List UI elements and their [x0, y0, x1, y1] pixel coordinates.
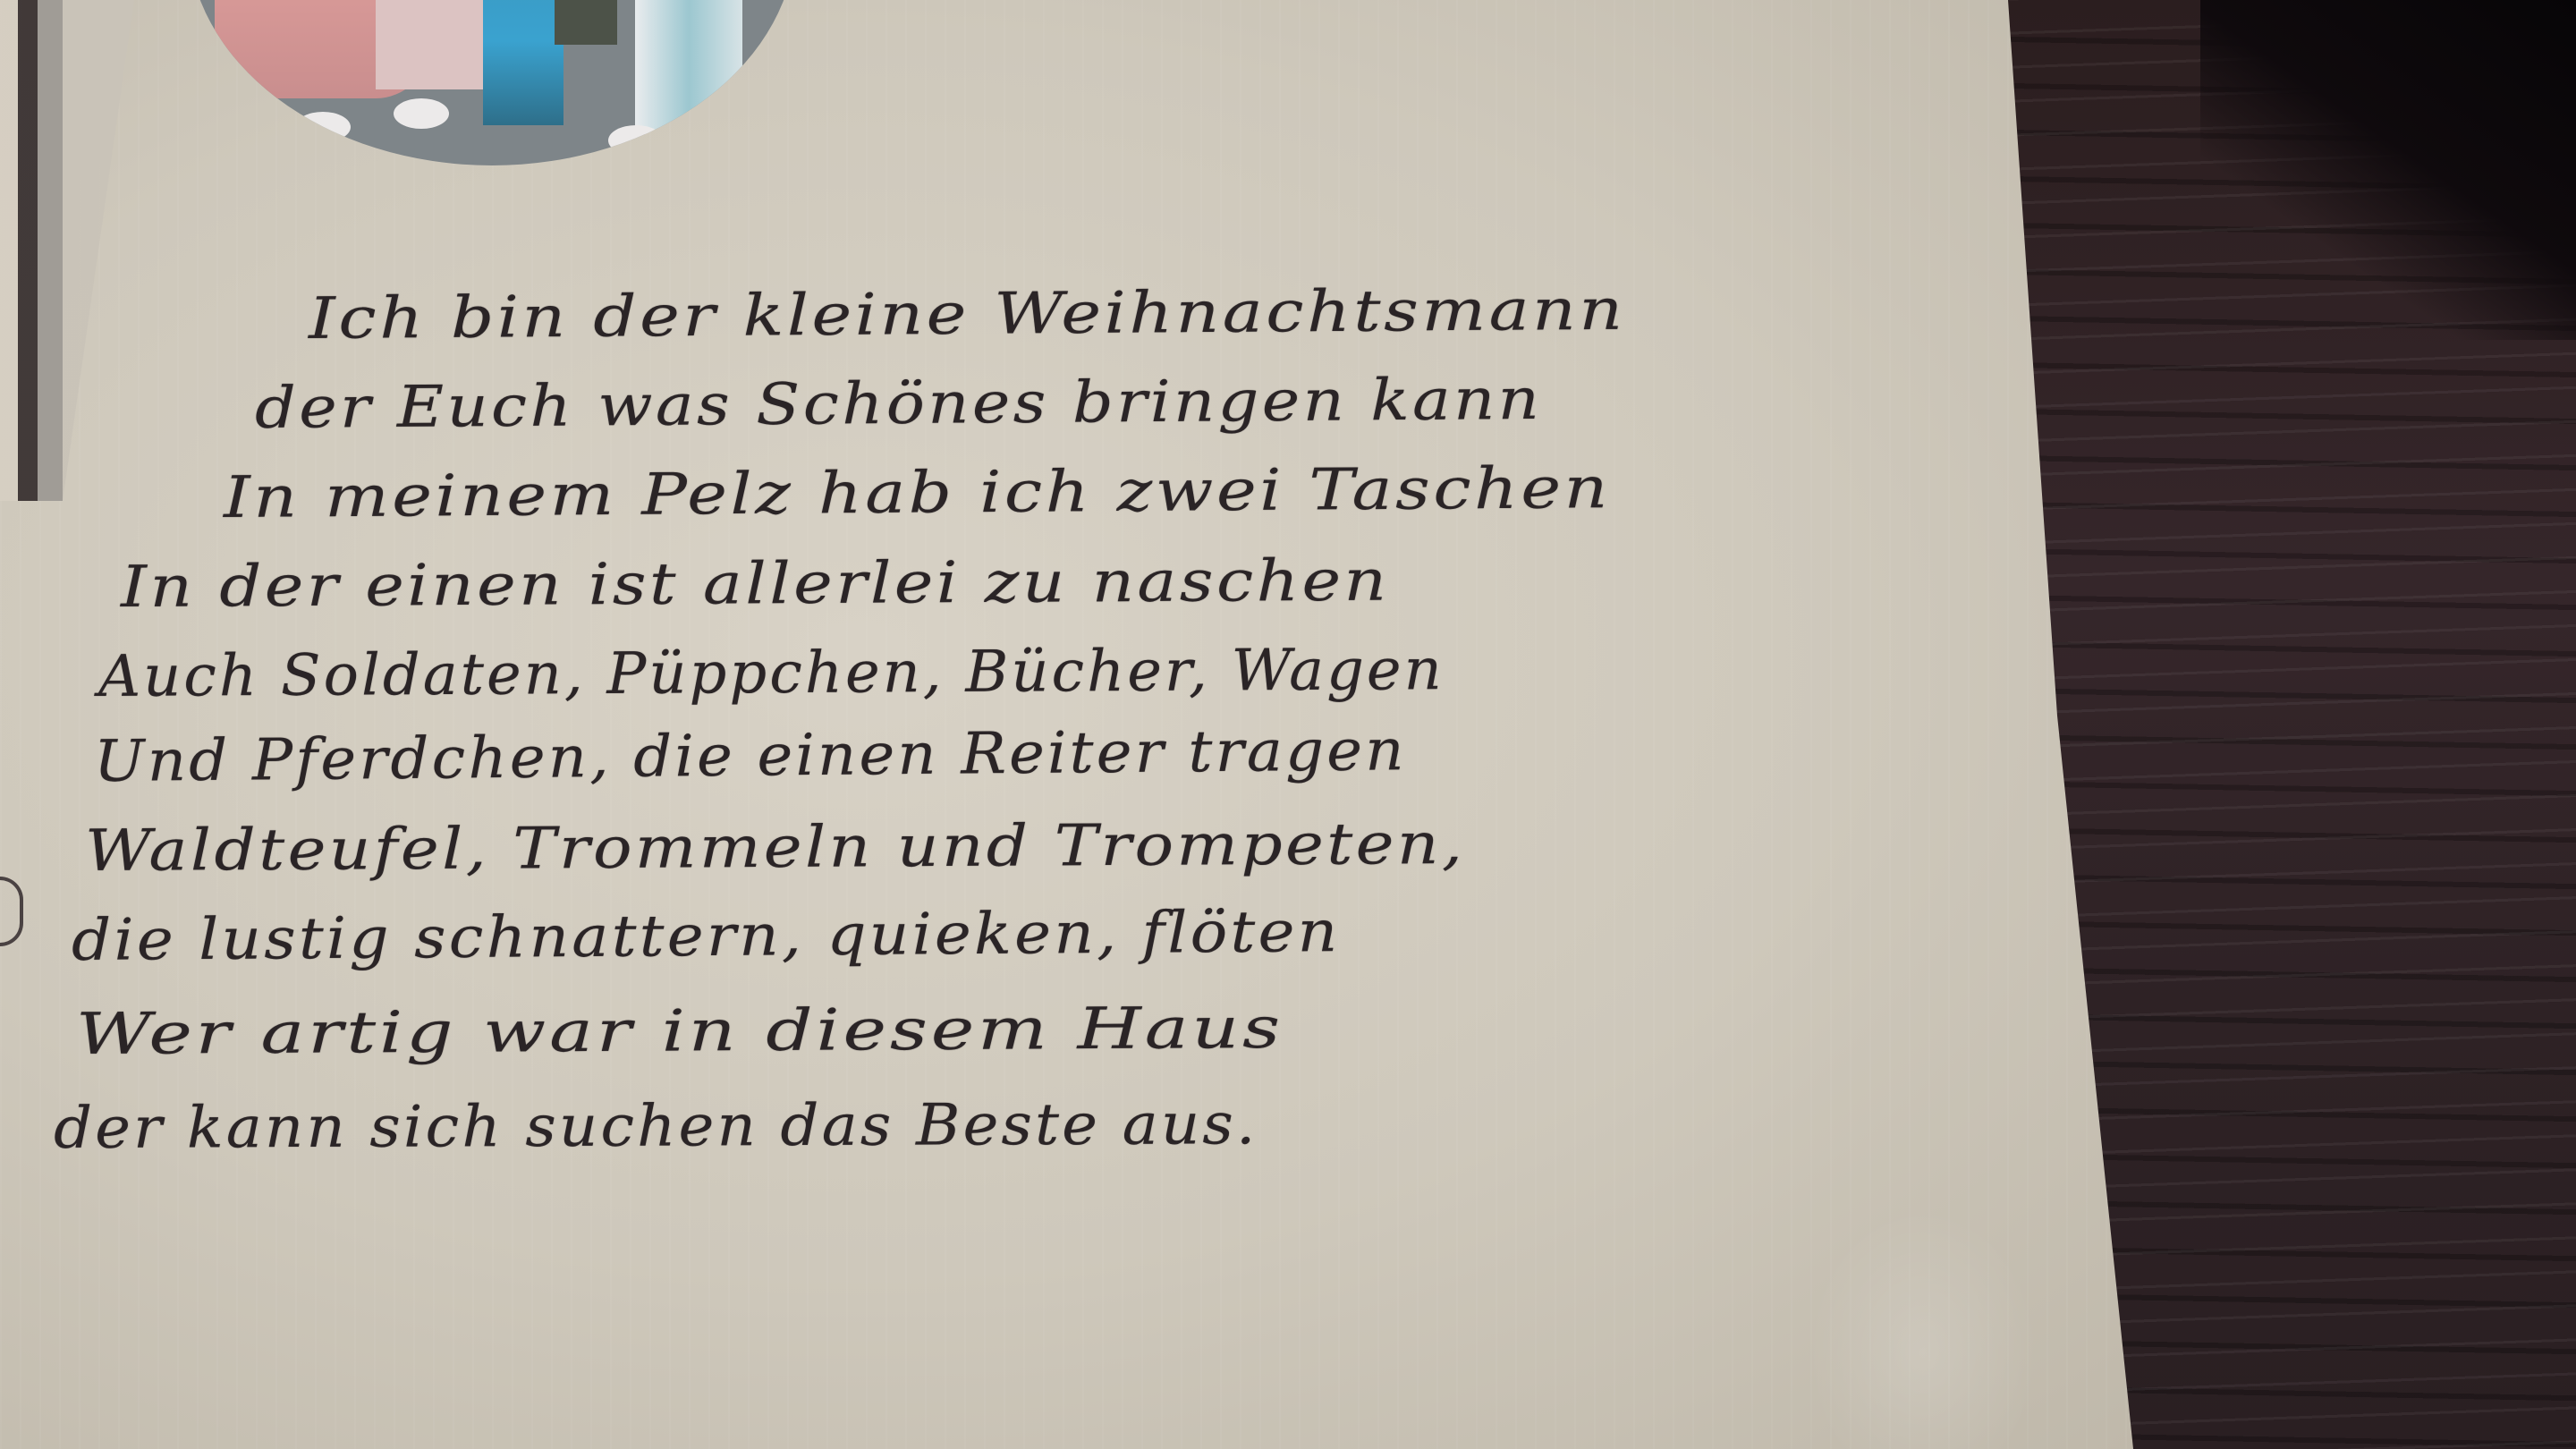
poem-line-7: Waldteufel, Trommeln und Trompeten,	[85, 811, 1466, 885]
poem-line-5: Auch Soldaten, Püppchen, Bücher, Wagen	[98, 637, 1445, 710]
poem-line-9: Wer artig war in diesem Haus	[76, 996, 1284, 1068]
poem-line-6: Und Pferdchen, die einen Reiter tragen	[94, 717, 1407, 795]
handwritten-poem: Ich bin der kleine Weihnachtsmann der Eu…	[0, 0, 2057, 1449]
poem-line-2: der Euch was Schönes bringen kann	[255, 367, 1543, 442]
poem-line-3: In meinem Pelz hab ich zwei Taschen	[224, 455, 1611, 531]
poem-line-8: die lustig schnattern, quieken, flöten	[72, 899, 1341, 974]
table-shadow	[2200, 0, 2576, 340]
poem-line-10: der kann sich suchen das Beste aus.	[54, 1091, 1258, 1162]
poem-line-1: Ich bin der kleine Weihnachtsmann	[309, 277, 1626, 352]
poem-line-4: In der einen ist allerlei zu naschen	[121, 548, 1390, 621]
